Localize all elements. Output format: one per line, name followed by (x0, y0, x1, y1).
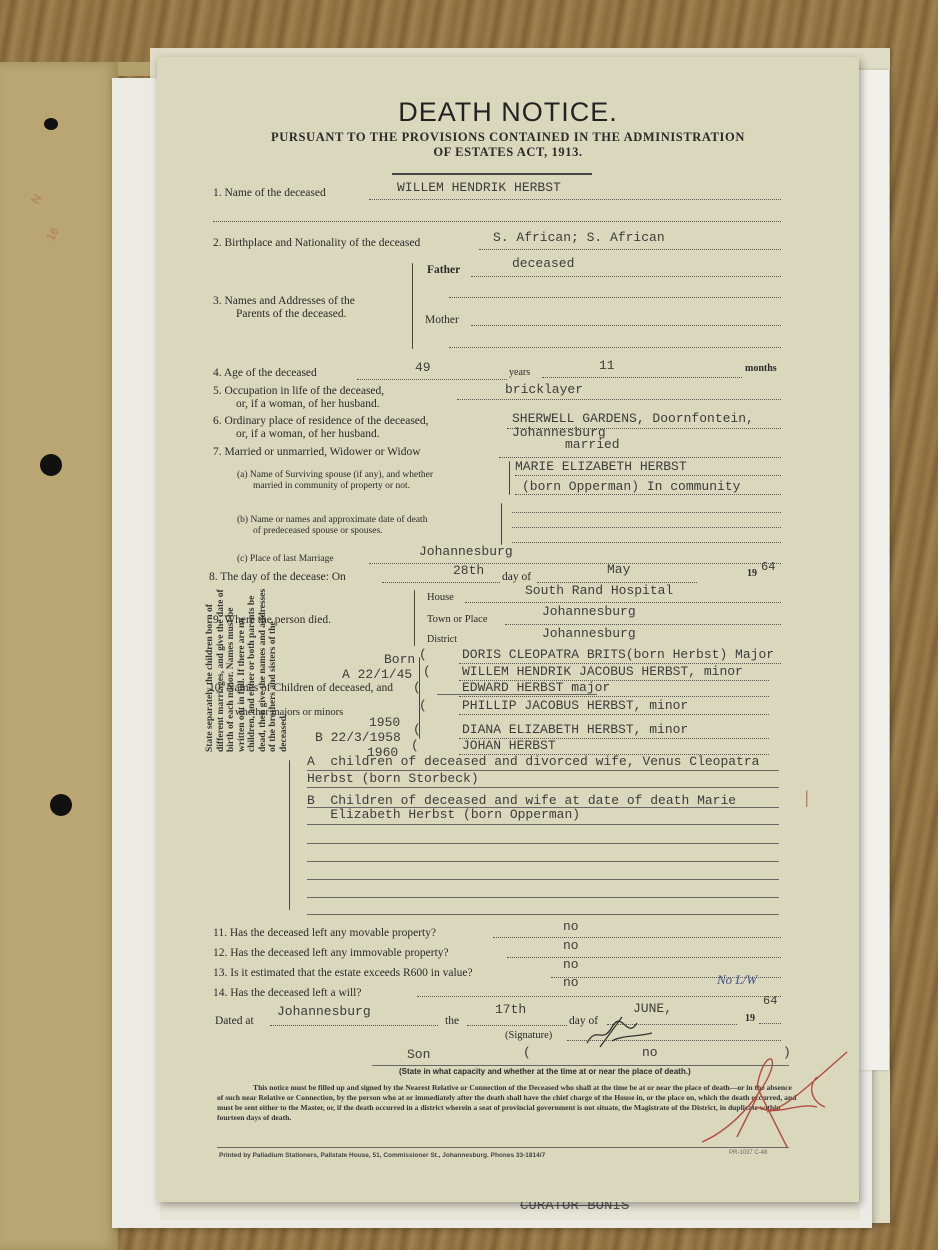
mother-line (471, 325, 781, 326)
q14-label: 14. Has the deceased left a will? (213, 987, 361, 999)
predeceased-line2 (512, 527, 781, 528)
q4-label: 4. Age of the deceased (213, 367, 317, 379)
child-name: EDWARD HERBST major (462, 680, 610, 695)
ruled-line (307, 879, 779, 880)
subtitle-line: PURSUANT TO THE PROVISIONS CONTAINED IN … (187, 130, 829, 145)
form-subtitle: PURSUANT TO THE PROVISIONS CONTAINED IN … (187, 130, 829, 160)
spouse-line2: (born Opperman) In community (522, 479, 740, 494)
child-name: DORIS CLEOPATRA BRITS(born Herbst) Major (462, 647, 774, 662)
subtitle-line: OF ESTATES ACT, 1913. (187, 145, 829, 160)
q3-label-line: 3. Names and Addresses of the (213, 295, 355, 307)
dated-year-line (759, 1023, 781, 1024)
child-name: PHILLIP JACOBUS HERBST, minor (462, 698, 688, 713)
the-label: the (445, 1015, 459, 1027)
predeceased-brace (501, 503, 502, 545)
form-title: DEATH NOTICE. (157, 97, 859, 128)
years-label: years (509, 367, 530, 378)
age-years-line (357, 379, 507, 380)
marriage-note-line: A children of deceased and divorced wife… (307, 754, 759, 769)
marriage-note-line: Herbst (born Storbeck) (307, 771, 479, 786)
father-value: deceased (512, 256, 574, 271)
punch-hole (40, 454, 62, 476)
death-day: 28th (453, 563, 484, 578)
q1-line (369, 199, 781, 200)
town-value: Johannesburg (542, 604, 636, 619)
marriage-note-line: Elizabeth Herbst (born Opperman) (307, 807, 580, 822)
q7a-label: (a) Name of Surviving spouse (if any), a… (237, 470, 433, 492)
q8-label: 8. The day of the decease: On (209, 571, 346, 583)
place-brace (414, 590, 415, 646)
capacity: Son (407, 1047, 430, 1062)
death-year: 64 (761, 560, 775, 574)
bracket-mark: ( (411, 738, 419, 753)
q12-value: no (563, 938, 579, 953)
no-will-annotation: No L/W (717, 972, 757, 988)
born-label: Born (384, 652, 415, 667)
near-place-value: no (642, 1045, 658, 1060)
parents-brace (412, 263, 413, 349)
residence-line1: SHERWELL GARDENS, Doornfontein, (512, 411, 754, 426)
ruled-line (307, 861, 779, 862)
town-label: Town or Place (427, 614, 488, 625)
occupation-line (457, 399, 781, 400)
punch-hole (50, 794, 72, 816)
marital-status: married (565, 437, 620, 452)
q7-label: 7. Married or unmarried, Widower or Wido… (213, 446, 421, 458)
q5-label-line: or, if a woman, of her husband. (213, 398, 380, 410)
dated-month: JUNE, (633, 1001, 672, 1016)
bracket-mark: ( (419, 698, 427, 713)
bracket-mark: ( (423, 664, 431, 679)
q2-label: 2. Birthplace and Nationality of the dec… (213, 237, 420, 249)
torn-hole (44, 118, 58, 130)
town-line (505, 624, 781, 625)
q6-label-line: or, if a woman, of her husband. (213, 428, 380, 440)
q3-label: 3. Names and Addresses of the Parents of… (213, 295, 355, 321)
q14-line (417, 996, 781, 997)
bracket-mark: ( (413, 722, 421, 737)
child-name: JOHAN HERBST (462, 738, 556, 753)
folder-pencil-mark: N (28, 192, 44, 207)
folder-pencil-mark: 16 (43, 225, 62, 244)
q13-label: 13. Is it estimated that the estate exce… (213, 967, 473, 979)
dated-year-prefix: 19 (745, 1013, 755, 1024)
spouse-dots1 (515, 475, 781, 476)
manila-folder: N 16 (0, 62, 118, 1250)
house-line (465, 602, 781, 603)
marriages-brace (289, 760, 290, 910)
house-label: House (427, 592, 454, 603)
child-name: WILLEM HENDRIK JACOBUS HERBST, minor (462, 664, 743, 679)
father-line (471, 276, 781, 277)
child-line (459, 696, 769, 697)
deceased-name: WILLEM HENDRIK HERBST (397, 180, 561, 195)
death-month: May (607, 562, 630, 577)
marital-line (499, 457, 781, 458)
q12-line (507, 957, 781, 958)
underline (437, 694, 597, 695)
father-label: Father (427, 264, 460, 276)
bracket-mark: ( (419, 647, 427, 662)
ruled-line (307, 787, 779, 788)
q5-label-line: 5. Occupation in life of the deceased, (213, 385, 384, 397)
death-day-line (382, 582, 500, 583)
q1-line2 (213, 221, 781, 222)
spouse-dots2 (515, 494, 781, 495)
dated-year: 64 (763, 994, 777, 1008)
q7a-label-line: married in community of property or not. (237, 481, 410, 491)
child-line (459, 714, 769, 715)
dated-day: 17th (495, 1002, 526, 1017)
q3-label-line: Parents of the deceased. (213, 308, 346, 320)
house-value: South Rand Hospital (525, 583, 673, 598)
mother-line2 (449, 347, 781, 348)
q5-label: 5. Occupation in life of the deceased, o… (213, 385, 384, 411)
age-months-line (542, 377, 742, 378)
q7b-label: (b) Name or names and approximate date o… (237, 515, 427, 537)
q12-label: 12. Has the deceased left any immovable … (213, 947, 449, 959)
q13-value: no (563, 957, 579, 972)
ruled-line (307, 770, 779, 771)
open-paren: ( (523, 1045, 531, 1060)
ruled-line (307, 807, 779, 808)
capacity-instruction: (State in what capacity and whether at t… (399, 1067, 691, 1076)
ruled-line (307, 914, 779, 915)
title-rule (392, 173, 592, 175)
mother-label: Mother (425, 314, 459, 326)
predeceased-line3 (512, 542, 781, 543)
age-months: 11 (599, 358, 615, 373)
child-name: DIANA ELIZABETH HERBST, minor (462, 722, 688, 737)
q6-label-line: 6. Ordinary place of residence of the de… (213, 415, 429, 427)
spouse-brace (509, 461, 510, 495)
day-of-label: day of (502, 571, 531, 583)
signature-label: (Signature) (505, 1030, 552, 1041)
death-notice-form: DEATH NOTICE. PURSUANT TO THE PROVISIONS… (157, 57, 859, 1202)
birthplace-nationality: S. African; S. African (493, 230, 665, 245)
ruled-line (307, 897, 779, 898)
marriage-note-line: B Children of deceased and wife at date … (307, 793, 736, 808)
age-years: 49 (415, 360, 431, 375)
white-sheet-edge (855, 70, 889, 1070)
q7c-label: (c) Place of last Marriage (237, 554, 334, 565)
q11-line (493, 937, 781, 938)
year-prefix: 19 (747, 568, 757, 579)
ruled-line (307, 824, 779, 825)
ruled-line (307, 843, 779, 844)
q7b-label-line: of predeceased spouse or spouses. (237, 526, 383, 536)
occupation: bricklayer (505, 382, 583, 397)
bracket-mark: ( (413, 680, 421, 695)
spouse-line1: MARIE ELIZABETH HERBST (515, 459, 687, 474)
months-label: months (745, 363, 777, 374)
q2-line (479, 249, 781, 250)
q7a-label-line: (a) Name of Surviving spouse (if any), a… (237, 470, 433, 480)
father-line2 (449, 297, 781, 298)
q1-label: 1. Name of the deceased (213, 187, 326, 199)
printer-imprint: Printed by Palladium Stationers, Pallsta… (219, 1152, 545, 1159)
q7b-label-line: (b) Name or names and approximate date o… (237, 515, 427, 525)
district-value: Johannesburg (542, 626, 636, 641)
q6-label: 6. Ordinary place of residence of the de… (213, 415, 429, 441)
group-b-date: B 22/3/1958 (315, 730, 401, 745)
group-a-date: A 22/1/45 (342, 667, 412, 682)
dated-place: Johannesburg (277, 1004, 371, 1019)
q14-value: no (563, 975, 579, 990)
red-check-mark (697, 1047, 857, 1157)
children-instructions: State separately the children born of di… (205, 584, 297, 752)
dated-day-line (467, 1025, 567, 1026)
dated-place-line (270, 1025, 438, 1026)
predeceased-line1 (512, 512, 781, 513)
q11-value: no (563, 919, 579, 934)
marriage-place-line (369, 563, 781, 564)
birth-1950: 1950 (369, 715, 400, 730)
marriage-place: Johannesburg (419, 544, 513, 559)
red-tick: | (805, 787, 809, 808)
district-label: District (427, 634, 457, 645)
dated-at-label: Dated at (215, 1015, 254, 1027)
q11-label: 11. Has the deceased left any movable pr… (213, 927, 436, 939)
